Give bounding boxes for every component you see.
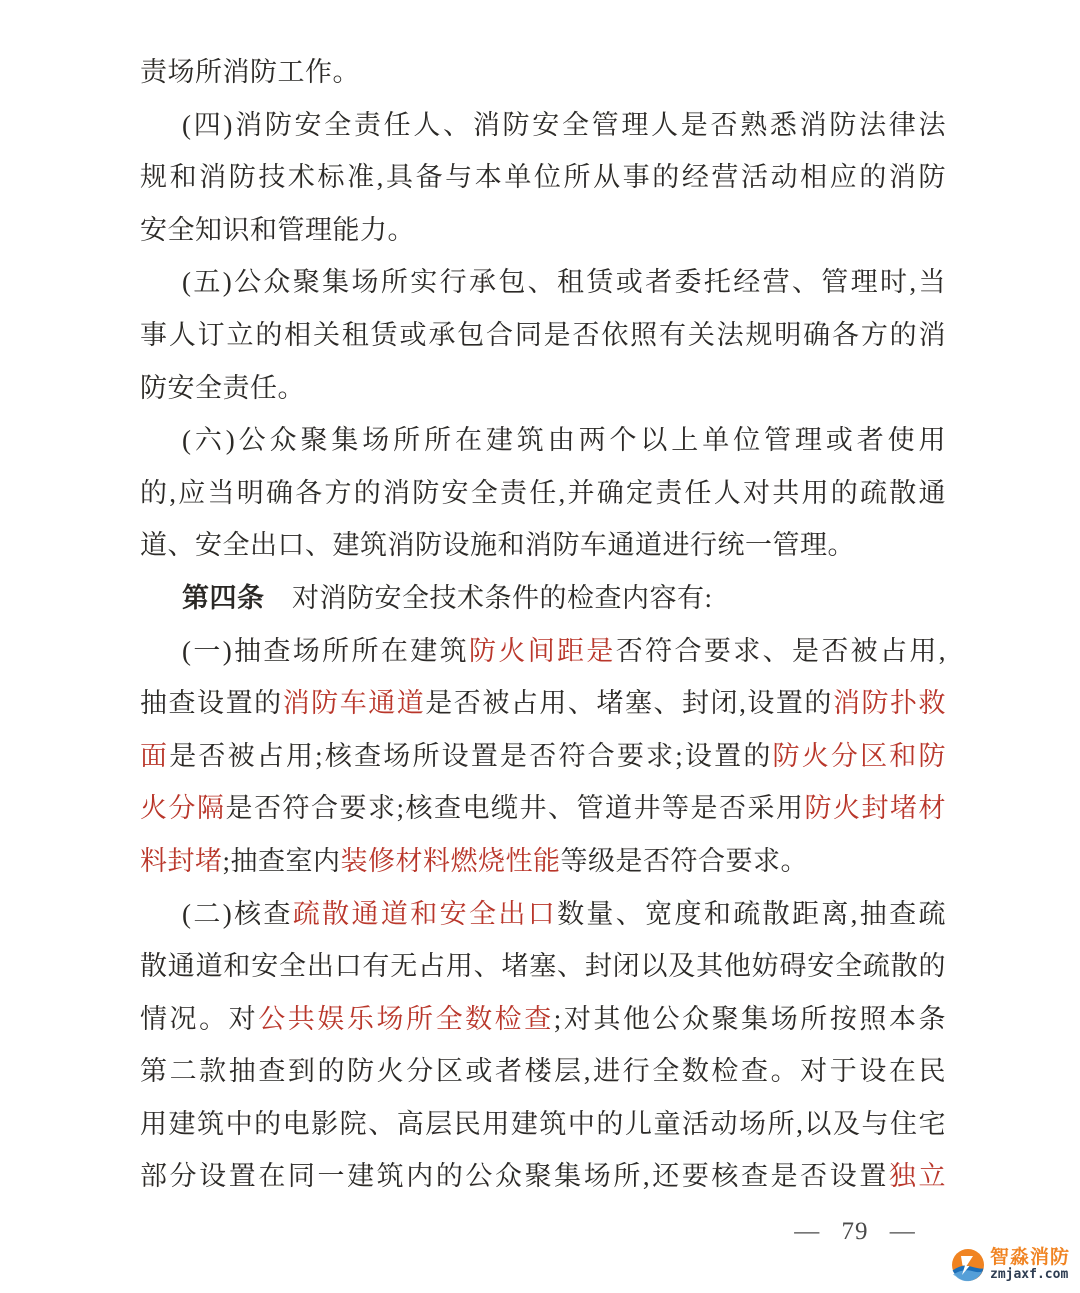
body-text: 事人订立的相关租赁或承包合同是否依照有关法规明确各方的消: [140, 320, 946, 350]
body-text: 等级是否符合要求。: [561, 846, 809, 876]
brand-name: 智淼消防: [990, 1248, 1070, 1268]
text-line: 事人订立的相关租赁或承包合同是否依照有关法规明确各方的消: [140, 309, 946, 362]
body-text: 是否被占用、堵塞、封闭,设置的: [425, 688, 833, 718]
body-text: 防安全责任。: [140, 373, 305, 403]
text-line: 防安全责任。: [140, 362, 946, 415]
text-line: 规和消防技术标准,具备与本单位所从事的经营活动相应的消防: [140, 151, 946, 204]
brand-domain: zmjaxf.com: [990, 1268, 1070, 1282]
text-line: 火分隔是否符合要求;核查电缆井、管道井等是否采用防火封堵材: [140, 782, 946, 835]
body-text: 用建筑中的电影院、高层民用建筑中的儿童活动场所,以及与住宅: [140, 1109, 946, 1139]
body-text: (一)抽查场所所在建筑: [182, 636, 469, 666]
text-line: (一)抽查场所所在建筑防火间距是否符合要求、是否被占用,: [140, 625, 946, 678]
body-text: 部分设置在同一建筑内的公众聚集场所,还要核查是否设置: [140, 1161, 889, 1191]
highlighted-text: 火分隔: [140, 793, 226, 823]
text-line: 料封堵;抽查室内装修材料燃烧性能等级是否符合要求。: [140, 835, 946, 888]
body-text: 是否符合要求;核查电缆井、管道井等是否采用: [226, 793, 805, 823]
highlighted-text: 防火间距是: [469, 636, 616, 666]
text-line: 面是否被占用;核查场所设置是否符合要求;设置的防火分区和防: [140, 730, 946, 783]
body-text: 的,应当明确各方的消防安全责任,并确定责任人对共用的疏散通: [140, 478, 946, 508]
body-text: 第四条: [182, 583, 265, 613]
body-text: (六)公众聚集场所所在建筑由两个以上单位管理或者使用: [182, 425, 946, 455]
body-text: ;对其他公众聚集场所按照本条: [554, 1004, 946, 1034]
text-line: (二)核查疏散通道和安全出口数量、宽度和疏散距离,抽查疏: [140, 888, 946, 941]
body-text: (五)公众聚集场所实行承包、租赁或者委托经营、管理时,当: [182, 267, 946, 297]
highlighted-text: 防火分区和防: [773, 741, 946, 771]
text-line: 散通道和安全出口有无占用、堵塞、封闭以及其他妨碍安全疏散的: [140, 940, 946, 993]
highlighted-text: 消防扑救: [833, 688, 946, 718]
body-text: (二)核查: [182, 899, 293, 929]
body-text: 情况。对: [140, 1004, 258, 1034]
text-line: (四)消防安全责任人、消防安全管理人是否熟悉消防法律法: [140, 99, 946, 152]
highlighted-text: 防火封堵材: [805, 793, 947, 823]
text-line: 的,应当明确各方的消防安全责任,并确定责任人对共用的疏散通: [140, 467, 946, 520]
text-line: 安全知识和管理能力。: [140, 204, 946, 257]
brand-logo-icon: [950, 1247, 986, 1283]
body-text: ;抽查室内: [223, 846, 341, 876]
highlighted-text: 独立: [889, 1161, 946, 1191]
body-text: 责场所消防工作。: [140, 57, 360, 87]
text-line: 情况。对公共娱乐场所全数检查;对其他公众聚集场所按照本条: [140, 993, 946, 1046]
body-text: 规和消防技术标准,具备与本单位所从事的经营活动相应的消防: [140, 162, 946, 192]
body-text: (四)消防安全责任人、消防安全管理人是否熟悉消防法律法: [182, 110, 946, 140]
highlighted-text: 面: [140, 741, 169, 771]
text-line: 责场所消防工作。: [140, 46, 946, 99]
body-text: 道、安全出口、建筑消防设施和消防车通道进行统一管理。: [140, 530, 855, 560]
document-body: 责场所消防工作。(四)消防安全责任人、消防安全管理人是否熟悉消防法律法规和消防技…: [140, 46, 946, 1203]
document-page: 责场所消防工作。(四)消防安全责任人、消防安全管理人是否熟悉消防法律法规和消防技…: [0, 0, 1080, 1293]
text-line: 用建筑中的电影院、高层民用建筑中的儿童活动场所,以及与住宅: [140, 1098, 946, 1151]
body-text: 否符合要求、是否被占用,: [616, 636, 946, 666]
body-text: 安全知识和管理能力。: [140, 215, 415, 245]
body-text: 是否被占用;核查场所设置是否符合要求;设置的: [169, 741, 772, 771]
highlighted-text: 疏散通道和安全出口: [293, 899, 557, 929]
text-line: 道、安全出口、建筑消防设施和消防车通道进行统一管理。: [140, 519, 946, 572]
text-line: 第四条 对消防安全技术条件的检查内容有:: [140, 572, 946, 625]
text-line: 第二款抽查到的防火分区或者楼层,进行全数检查。对于设在民: [140, 1045, 946, 1098]
text-line: (五)公众聚集场所实行承包、租赁或者委托经营、管理时,当: [140, 256, 946, 309]
body-text: 散通道和安全出口有无占用、堵塞、封闭以及其他妨碍安全疏散的: [140, 951, 946, 981]
highlighted-text: 消防车通道: [283, 688, 426, 718]
highlighted-text: 公共娱乐场所全数检查: [258, 1004, 554, 1034]
text-line: (六)公众聚集场所所在建筑由两个以上单位管理或者使用: [140, 414, 946, 467]
page-number: — 79 —: [780, 1218, 930, 1246]
brand-text: 智淼消防 zmjaxf.com: [990, 1248, 1070, 1282]
brand-watermark: 智淼消防 zmjaxf.com: [950, 1247, 1070, 1283]
text-line: 部分设置在同一建筑内的公众聚集场所,还要核查是否设置独立: [140, 1150, 946, 1203]
body-text: 第二款抽查到的防火分区或者楼层,进行全数检查。对于设在民: [140, 1056, 946, 1086]
body-text: 对消防安全技术条件的检查内容有:: [265, 583, 713, 613]
body-text: 抽查设置的: [140, 688, 283, 718]
highlighted-text: 装修材料燃烧性能: [341, 846, 561, 876]
text-line: 抽查设置的消防车通道是否被占用、堵塞、封闭,设置的消防扑救: [140, 677, 946, 730]
body-text: 数量、宽度和疏散距离,抽查疏: [557, 899, 946, 929]
highlighted-text: 料封堵: [140, 846, 223, 876]
